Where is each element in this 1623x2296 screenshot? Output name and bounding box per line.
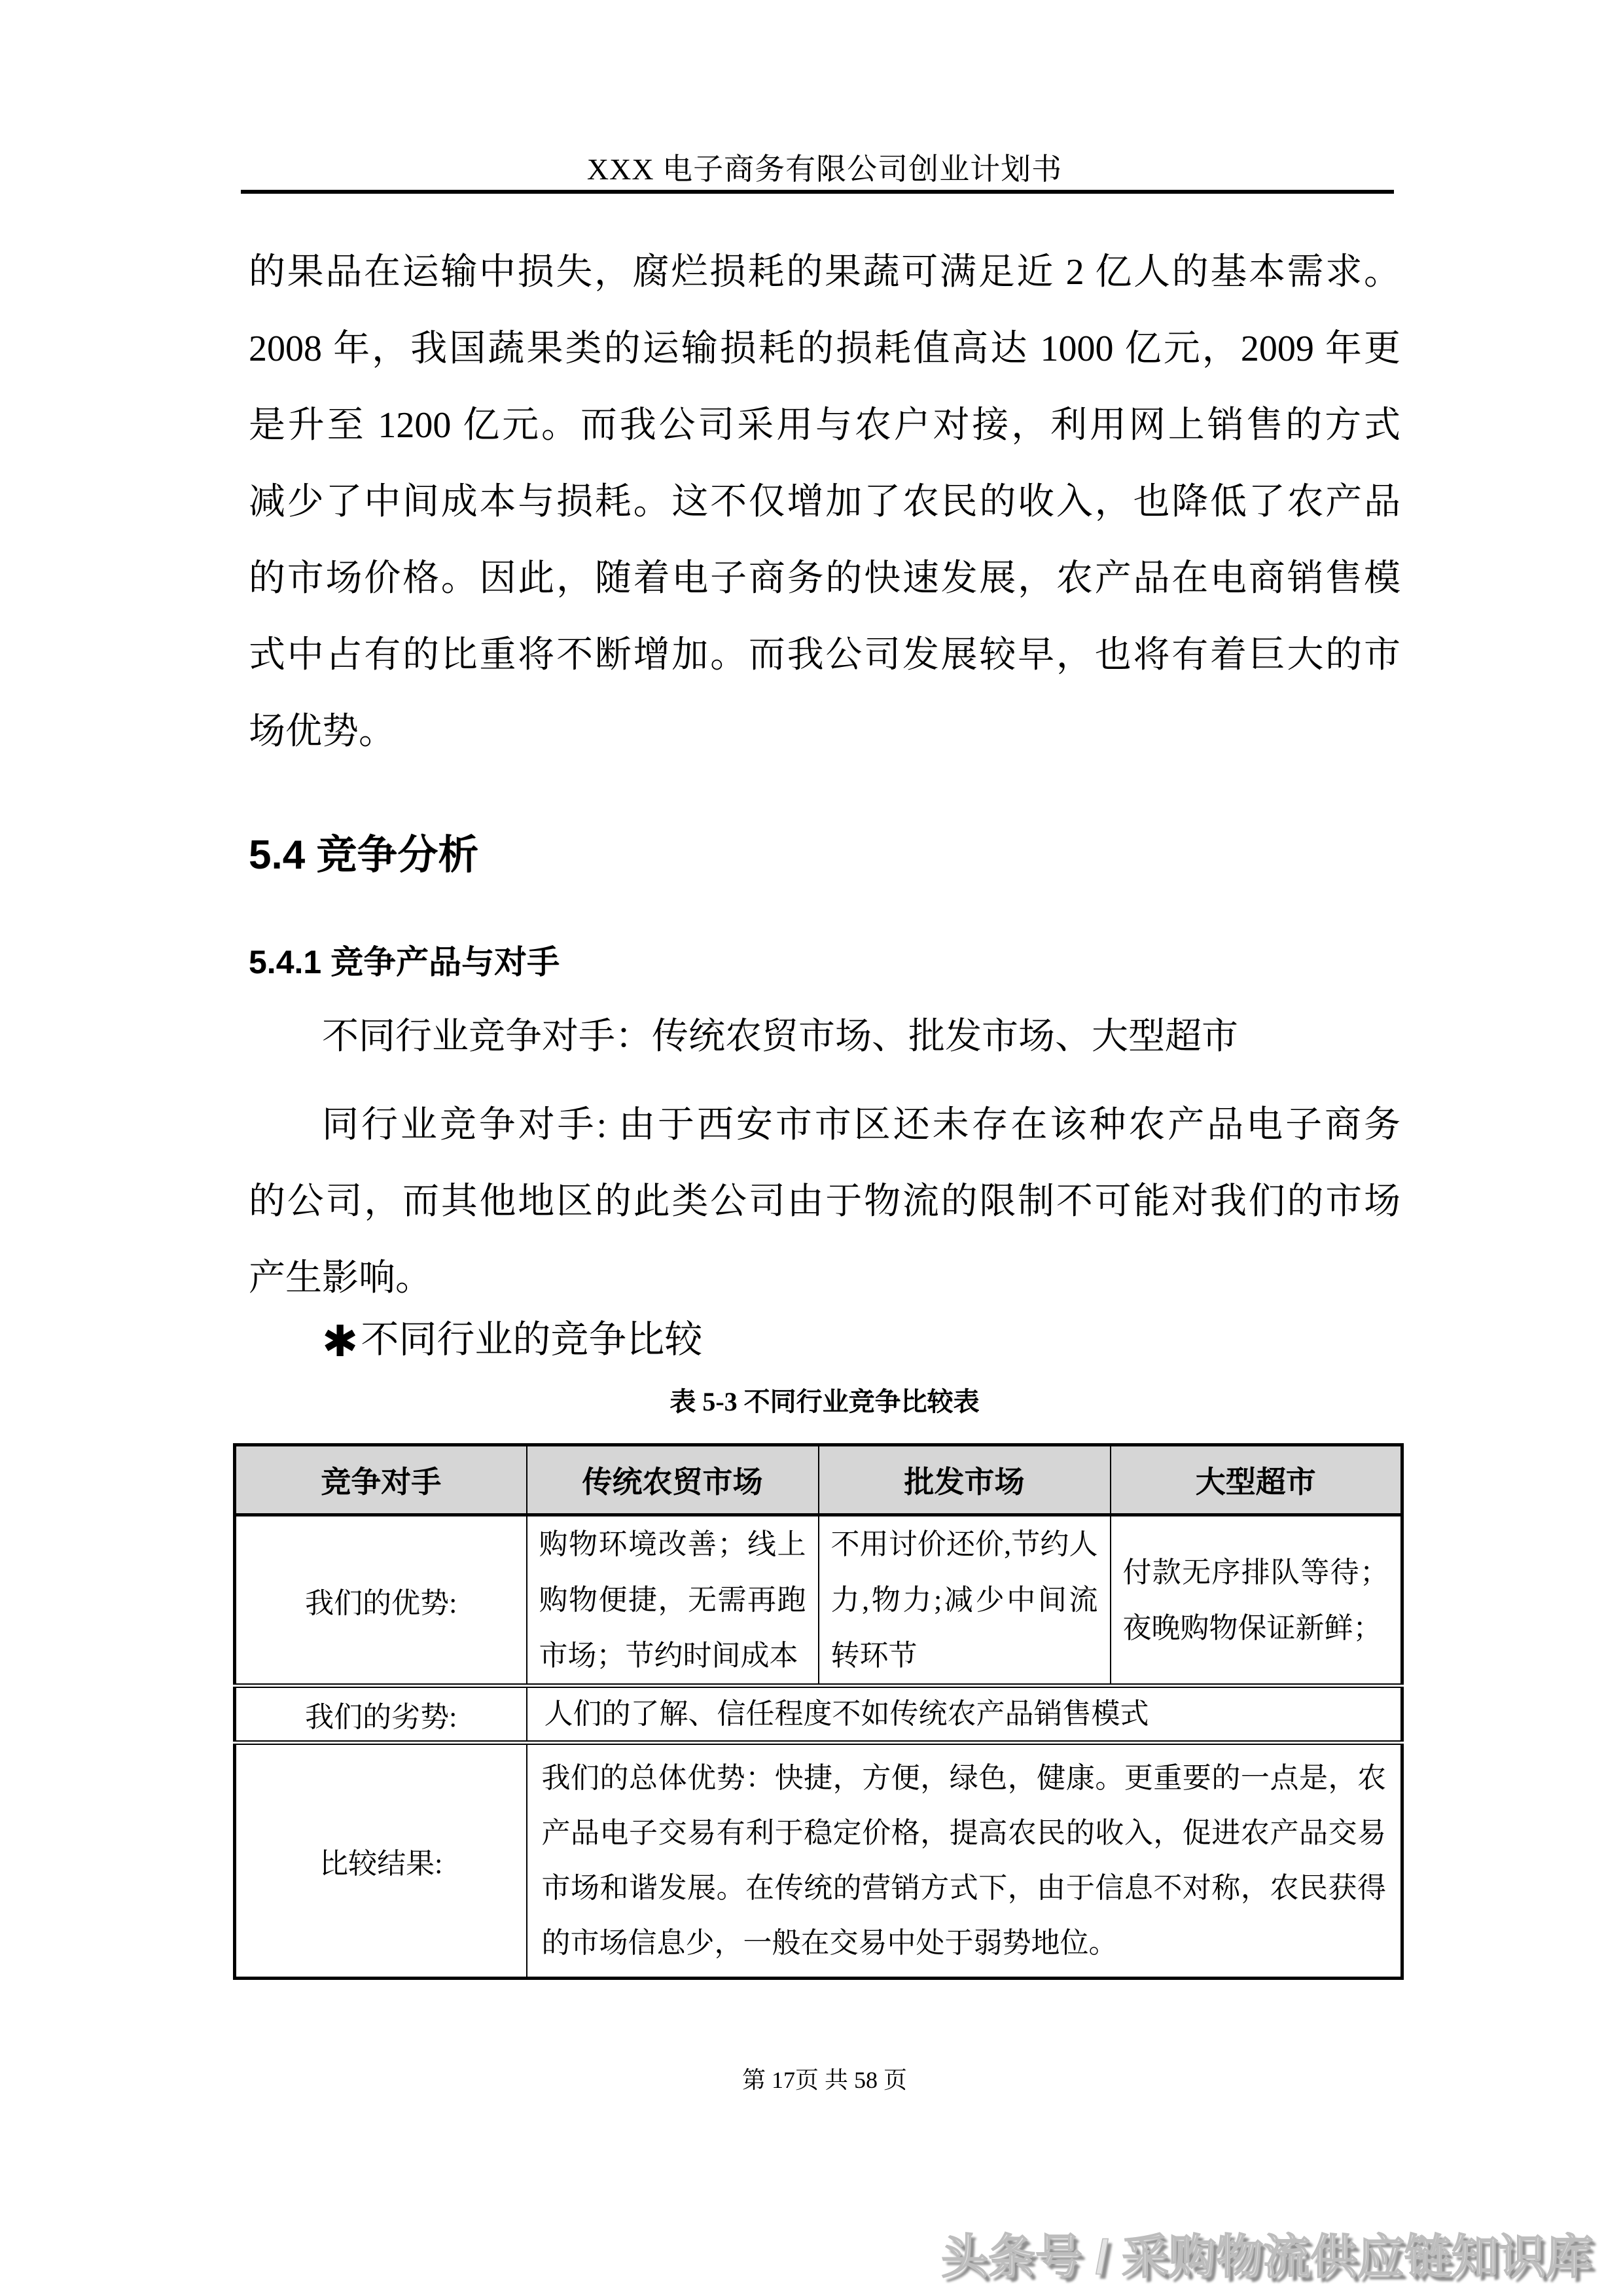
table-row-label: 我们的优势: [235, 1515, 527, 1686]
body-line: 同行业竞争对手: 由于西安市市区还未存在该种农产品电子商务 [249, 1087, 1400, 1164]
table-row: 我们的劣势: 人们的了解、信任程度不如传统农产品销售模式 [235, 1686, 1402, 1743]
paragraph-same-industry: 同行业竞争对手: 由于西安市市区还未存在该种农产品电子商务 的公司，而其他地区的… [249, 1087, 1400, 1317]
table-cell: 购物环境改善；线上购物便捷，无需再跑市场；节约时间成本 [527, 1515, 819, 1686]
table-header-cell: 竞争对手 [235, 1445, 527, 1515]
table-header-cell: 大型超市 [1111, 1445, 1402, 1515]
body-line: 减少了中间成本与损耗。这不仅增加了农民的收入，也降低了农产品 [249, 464, 1400, 541]
star-bullet-text: 不同行业的竞争比较 [361, 1318, 702, 1361]
table-cell: 我们的总体优势：快捷，方便，绿色，健康。更重要的一点是，农产品电子交易有利于稳定… [527, 1743, 1402, 1979]
document-page: XXX 电子商务有限公司创业计划书 的果品在运输中损失，腐烂损耗的果蔬可满足近 … [0, 0, 1623, 2296]
watermark: 头条号 / 采购物流供应链知识库 [941, 2219, 1593, 2287]
page-header-title: XXX 电子商务有限公司创业计划书 [249, 145, 1400, 188]
section-heading: 5.4 竞争分析 [249, 822, 478, 880]
table-cell: 人们的了解、信任程度不如传统农产品销售模式 [527, 1686, 1402, 1743]
body-line: 的市场价格。因此，随着电子商务的快速发展，农产品在电商销售模 [249, 541, 1400, 617]
body-line: 不同行业竞争对手：传统农贸市场、批发市场、大型超市 [249, 999, 1400, 1075]
body-line: 产生影响。 [249, 1240, 1400, 1317]
table-cell: 不用讨价还价,节约人力,物力;减少中间流转环节 [819, 1515, 1111, 1686]
body-line: 场优势。 [249, 694, 1400, 770]
table-caption: 表 5-3 不同行业竞争比较表 [249, 1381, 1400, 1418]
body-line: 2008 年，我国蔬果类的运输损耗的损耗值高达 1000 亿元，2009 年更 [249, 311, 1400, 387]
table-row: 我们的优势: 购物环境改善；线上购物便捷，无需再跑市场；节约时间成本 不用讨价还… [235, 1515, 1402, 1686]
paragraph-transport-loss: 的果品在运输中损失，腐烂损耗的果蔬可满足近 2 亿人的基本需求。 2008 年，… [249, 234, 1400, 770]
table-row-label: 比较结果: [235, 1743, 527, 1979]
star-icon: ✱ [322, 1316, 358, 1367]
table-row-label: 我们的劣势: [235, 1686, 527, 1743]
body-line: 是升至 1200 亿元。而我公司采用与农户对接，利用网上销售的方式 [249, 387, 1400, 464]
table-row: 比较结果: 我们的总体优势：快捷，方便，绿色，健康。更重要的一点是，农产品电子交… [235, 1743, 1402, 1979]
body-line: 的公司，而其他地区的此类公司由于物流的限制不可能对我们的市场 [249, 1164, 1400, 1240]
body-line: 的果品在运输中损失，腐烂损耗的果蔬可满足近 2 亿人的基本需求。 [249, 234, 1400, 311]
header-rule [241, 190, 1394, 194]
subsection-heading: 5.4.1 竞争产品与对手 [249, 936, 560, 983]
body-line: 式中占有的比重将不断增加。而我公司发展较早，也将有着巨大的市 [249, 617, 1400, 694]
footer-page-number: 第 17页 共 58 页 [249, 2062, 1400, 2095]
table-cell: 付款无序排队等待；夜晚购物保证新鲜； [1111, 1515, 1402, 1686]
comparison-table: 竞争对手 传统农贸市场 批发市场 大型超市 我们的优势: 购物环境改善；线上购物… [233, 1443, 1404, 1980]
table-header-cell: 传统农贸市场 [527, 1445, 819, 1515]
paragraph-diff-industry: 不同行业竞争对手：传统农贸市场、批发市场、大型超市 [249, 999, 1400, 1075]
star-bullet: ✱不同行业的竞争比较 [322, 1310, 702, 1371]
table-header-row: 竞争对手 传统农贸市场 批发市场 大型超市 [235, 1445, 1402, 1515]
table-header-cell: 批发市场 [819, 1445, 1111, 1515]
